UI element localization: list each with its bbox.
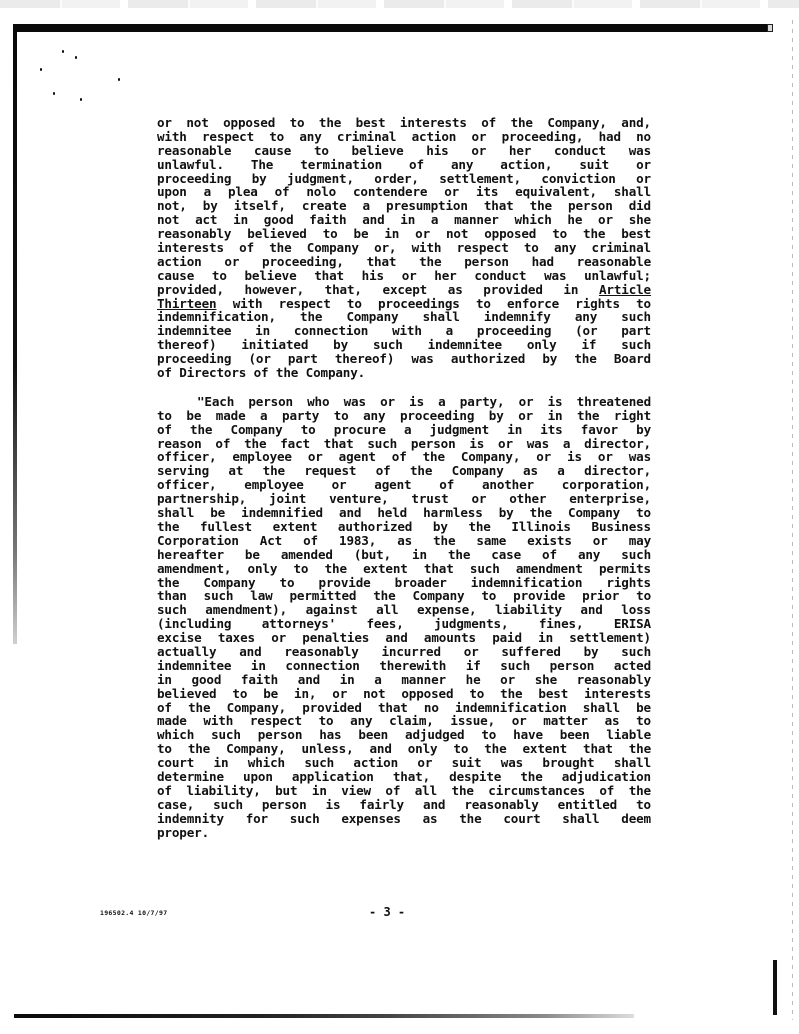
frame-corner-mark — [767, 24, 773, 32]
paragraph-2: "Each person who was or is a party, or i… — [157, 395, 651, 840]
text-line: proceeding by judgment, order, settlemen… — [157, 172, 651, 186]
text-line: indemnitee in connection with a proceedi… — [157, 324, 651, 338]
text-line: indemnitee in connection therewith if su… — [157, 659, 651, 673]
scan-speck — [53, 92, 55, 95]
text-line: the fullest extent authorized by the Ill… — [157, 520, 651, 534]
text-line: to the Company, unless, and only to the … — [157, 742, 651, 756]
text-line: excise taxes or penalties and amounts pa… — [157, 631, 651, 645]
text-line: amendment, only to the extent that such … — [157, 562, 651, 576]
text-line: indemnification, the Company shall indem… — [157, 310, 651, 324]
text-line: (including attorneys' fees, judgments, f… — [157, 617, 651, 631]
text-line: reasonable cause to believe his or her c… — [157, 144, 651, 158]
text-line: serving at the request of the Company as… — [157, 464, 651, 478]
text-line: proper. — [157, 826, 651, 840]
text-line: officer, employee or agent of another co… — [157, 478, 651, 492]
text-line: case, such person is fairly and reasonab… — [157, 798, 651, 812]
text-line: proceeding (or part thereof) was authori… — [157, 352, 651, 366]
text-line: not, by itself, create a presumption tha… — [157, 199, 651, 213]
text-run: provided, however, that, except as provi… — [157, 282, 599, 297]
scan-top-strip — [0, 0, 799, 8]
text-line: of the Company, provided that no indemni… — [157, 701, 651, 715]
text-line: "Each person who was or is a party, or i… — [157, 395, 651, 409]
text-line: interests of the Company or, with respec… — [157, 241, 651, 255]
text-line: court in which such action or suit was b… — [157, 756, 651, 770]
scan-speck — [62, 50, 64, 53]
text-line: the Company to provide broader indemnifi… — [157, 576, 651, 590]
text-run: with respect to proceedings to enforce r… — [216, 296, 651, 311]
text-line: determine upon application that, despite… — [157, 770, 651, 784]
text-line: unlawful. The termination of any action,… — [157, 158, 651, 172]
scan-speck — [118, 78, 120, 81]
document-body: or not opposed to the best interests of … — [157, 116, 651, 839]
scan-speck — [40, 68, 42, 71]
text-line: made with respect to any claim, issue, o… — [157, 714, 651, 728]
scan-speck — [80, 98, 82, 101]
document-id-footer: 196502.4 10/7/97 — [100, 909, 167, 917]
scan-frame-top — [13, 24, 773, 32]
scan-speck — [75, 56, 77, 59]
text-line: thereof) initiated by such indemnitee on… — [157, 338, 651, 352]
text-line: of the Company to procure a judgment in … — [157, 423, 651, 437]
text-line: to be made a party to any proceeding by … — [157, 409, 651, 423]
text-line: of Directors of the Company. — [157, 366, 651, 380]
text-line: partnership, joint venture, trust or oth… — [157, 492, 651, 506]
scan-frame-left — [13, 24, 17, 644]
scan-frame-bottom — [14, 1014, 634, 1018]
text-line: indemnity for such expenses as the court… — [157, 812, 651, 826]
text-line: believed to be in, or not opposed to the… — [157, 687, 651, 701]
text-line: provided, however, that, except as provi… — [157, 283, 651, 297]
text-line: with respect to any criminal action or p… — [157, 130, 651, 144]
text-line: Thirteen with respect to proceedings to … — [157, 297, 651, 311]
article-reference: Thirteen — [157, 296, 216, 311]
text-line: action or proceeding, that the person ha… — [157, 255, 651, 269]
text-line: such amendment), against all expense, li… — [157, 603, 651, 617]
paragraph-1: or not opposed to the best interests of … — [157, 116, 651, 380]
scan-frame-right-bar — [773, 960, 777, 1015]
text-line: than such law permitted the Company to p… — [157, 589, 651, 603]
article-reference: Article — [599, 282, 651, 297]
text-line: officer, employee or agent of the Compan… — [157, 450, 651, 464]
text-line: of liability, but in view of all the cir… — [157, 784, 651, 798]
text-line: cause to believe that his or her conduct… — [157, 269, 651, 283]
page-number: - 3 - — [369, 905, 405, 919]
text-line: in good faith and in a manner he or she … — [157, 673, 651, 687]
text-line: upon a plea of nolo contendere or its eq… — [157, 185, 651, 199]
scan-frame-right-edge — [792, 20, 793, 1020]
text-line: reason of the fact that such person is o… — [157, 437, 651, 451]
text-line: which such person has been adjudged to h… — [157, 728, 651, 742]
text-line: actually and reasonably incurred or suff… — [157, 645, 651, 659]
text-line: shall be indemnified and held harmless b… — [157, 506, 651, 520]
text-line: Corporation Act of 1983, as the same exi… — [157, 534, 651, 548]
text-line: not act in good faith and in a manner wh… — [157, 213, 651, 227]
text-line: hereafter be amended (but, in the case o… — [157, 548, 651, 562]
text-line: or not opposed to the best interests of … — [157, 116, 651, 130]
text-line: reasonably believed to be in or not oppo… — [157, 227, 651, 241]
